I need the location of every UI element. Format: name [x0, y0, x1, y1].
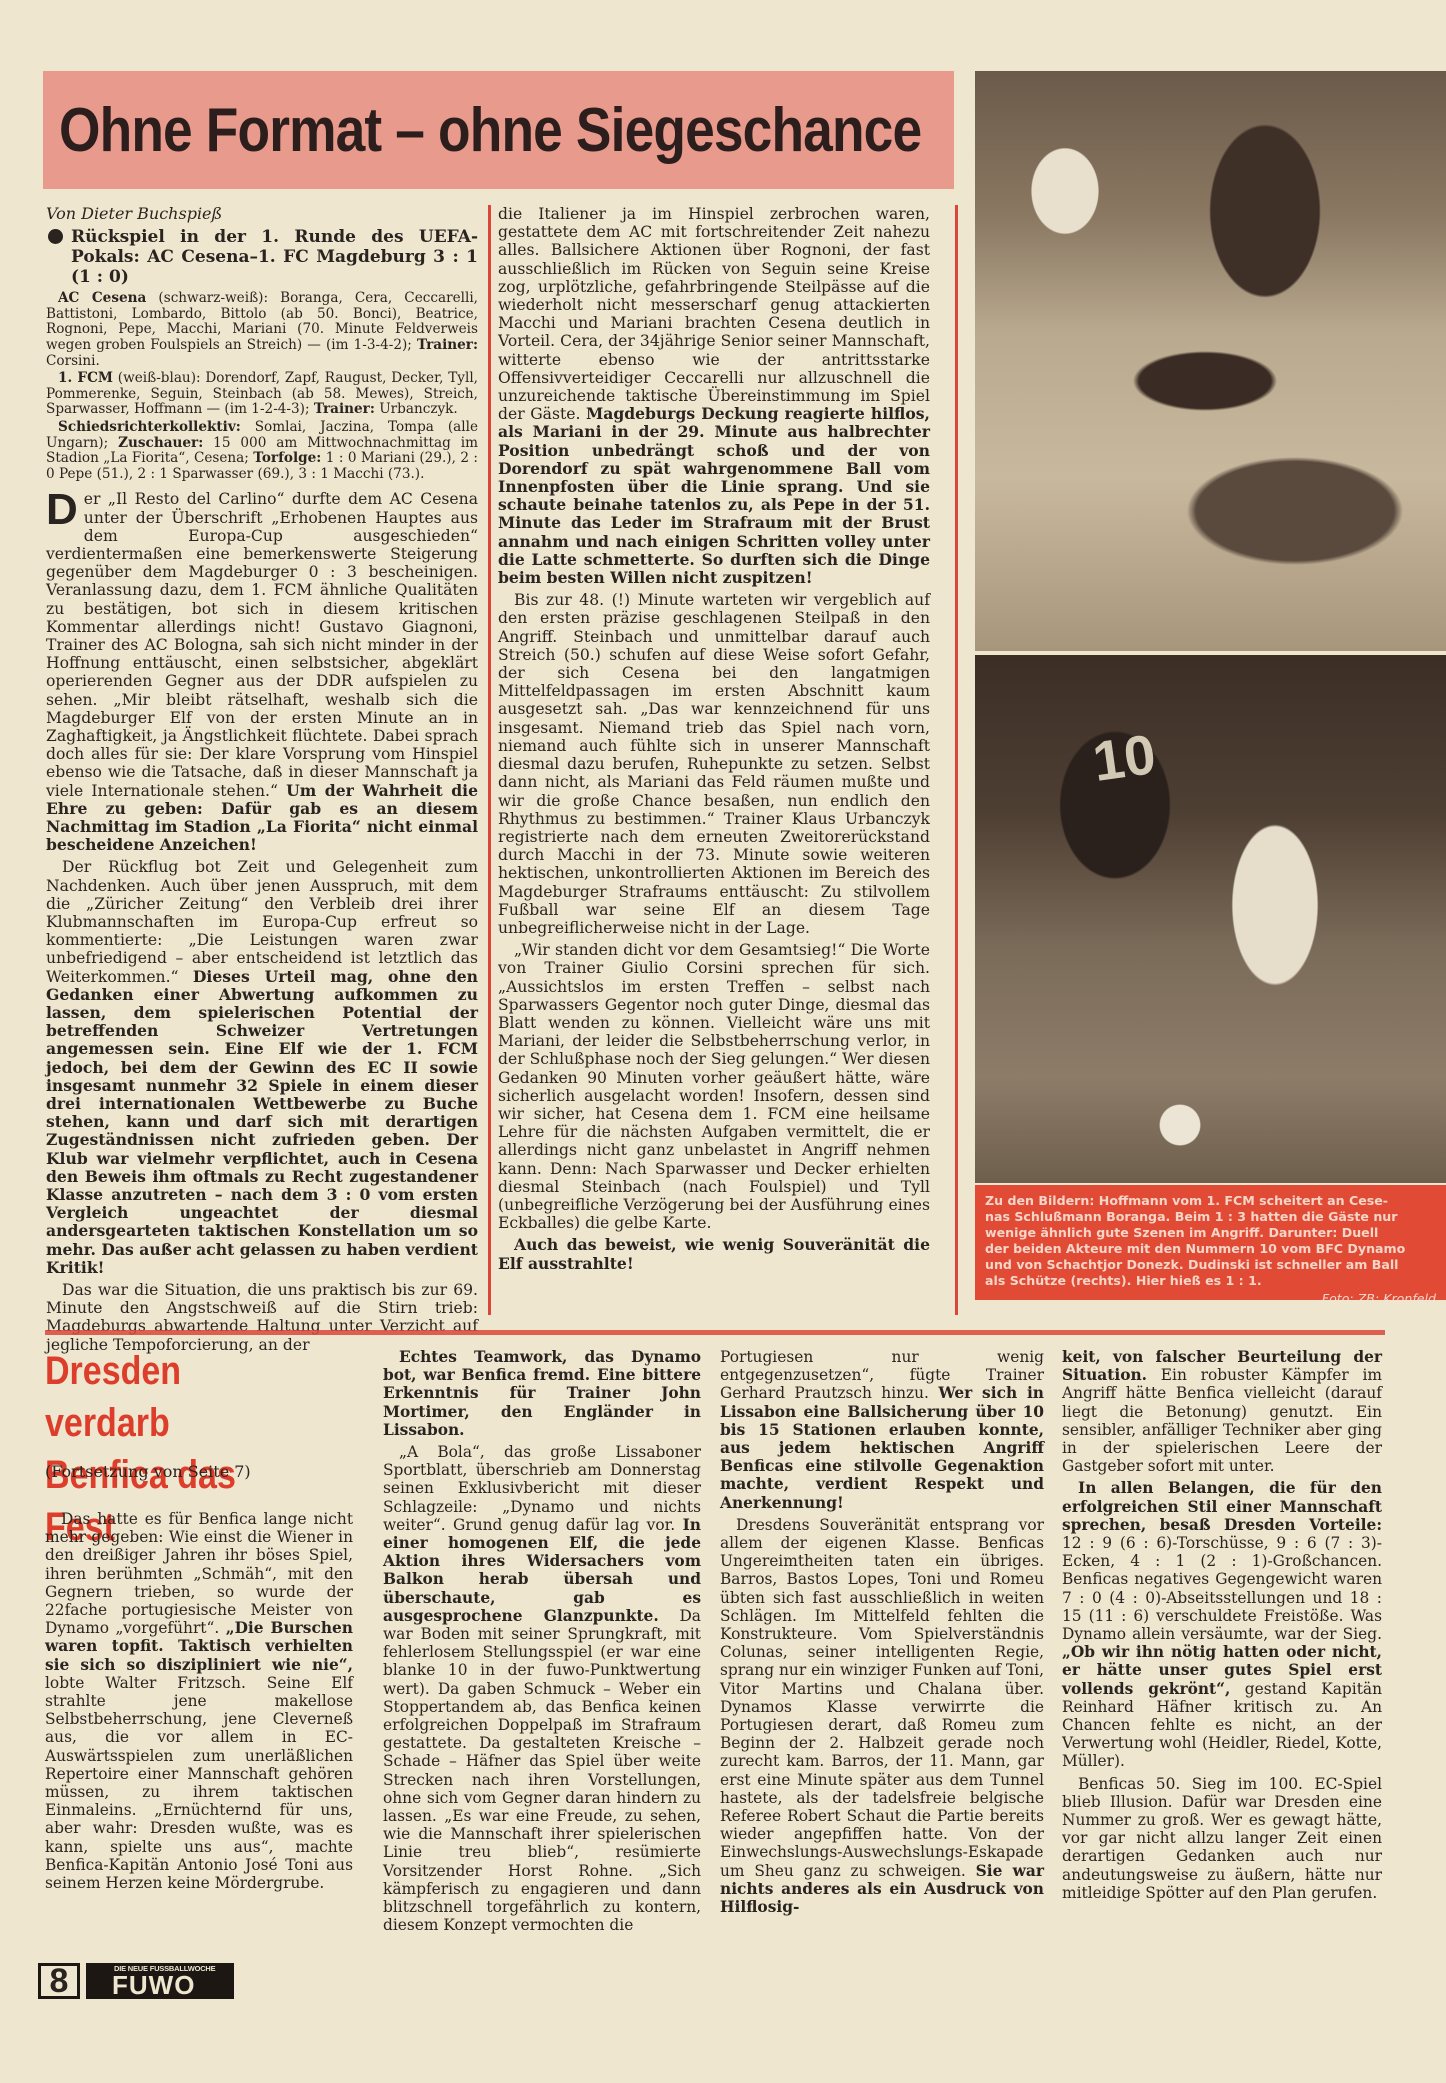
paragraph-text: Da war Boden mit seiner Sprungkraft, mit…	[383, 1607, 701, 1934]
paragraph: Benficas 50. Sieg im 100. EC-Spiel blieb…	[1062, 1775, 1382, 1902]
paragraph-bold: Magdeburgs Deckung reagierte hilflos, al…	[498, 404, 930, 587]
page-footer: 8 DIE NEUE FUSSBALLWOCHE FUWO	[38, 1963, 234, 1999]
referee-label: Schiedsrichterkollektiv:	[58, 419, 241, 435]
photo-player-duel: 10	[975, 655, 1446, 1183]
paragraph: keit, von falscher Beurteilung der Situa…	[1062, 1348, 1382, 1475]
paragraph: „A Bola“, das große Lissaboner Sportblat…	[383, 1443, 701, 1934]
lineups: AC Cesena (schwarz-weiß): Boranga, Cera,…	[46, 291, 478, 482]
caption-line: und von Schachtjor Donezk. Dudinski ist …	[985, 1257, 1436, 1273]
paragraph: Dresdens Souveränität entsprang vor alle…	[720, 1516, 1044, 1916]
match-header: Rückspiel in der 1. Runde des UEFA-Pokal…	[46, 227, 478, 287]
photo-goalkeeper-save	[975, 71, 1446, 651]
lineup-cesena: AC Cesena (schwarz-weiß): Boranga, Cera,…	[46, 291, 478, 369]
drop-cap: D	[46, 492, 78, 528]
paragraph: Das war die Situation, die uns praktisch…	[46, 1281, 478, 1354]
caption-line: Zu den Bildern: Hoffmann vom 1. FCM sche…	[985, 1193, 1436, 1209]
publication-name: FUWO	[112, 1972, 195, 1998]
paragraph: Auch das beweist, wie wenig Souveränität…	[498, 1236, 930, 1272]
paragraph-text: er „Il Resto del Carlino“ durfte dem AC …	[46, 490, 478, 799]
paragraph-text: die Italiener ja im Hinspiel zerbrochen …	[498, 205, 930, 423]
section-divider	[45, 1330, 1385, 1335]
second-article-column-1: Das hatte es für Benfica lange nicht meh…	[45, 1510, 353, 1896]
paragraph-text: lobte Walter Fritzsch. Seine Elf strahlt…	[45, 1674, 353, 1892]
byline: Von Dieter Buchspieß	[46, 205, 478, 223]
paragraph: Der „Il Resto del Carlino“ durfte dem AC…	[46, 490, 478, 854]
column-divider	[488, 205, 491, 1315]
team-label: AC Cesena	[58, 290, 146, 306]
photo-credit: Foto: ZB: Kronfeld	[985, 1291, 1436, 1300]
paragraph: „Wir standen dicht vor dem Gesamtsieg!“ …	[498, 941, 930, 1232]
team-label: 1. FCM	[58, 370, 113, 386]
article-column-2: die Italiener ja im Hinspiel zerbrochen …	[498, 205, 930, 1277]
trainer-name: Urbanczyk.	[375, 401, 458, 417]
trainer-label: Trainer:	[314, 401, 375, 417]
paragraph: Portugiesen nur wenig entgegenzusetzen“,…	[720, 1348, 1044, 1512]
headline-band: Ohne Format – ohne Siegeschance	[43, 71, 954, 189]
caption-line: der beiden Akteure mit den Nummern 10 vo…	[985, 1241, 1436, 1257]
caption-line: als Schütze (rechts). Hier hieß es 1 : 1…	[985, 1273, 1436, 1289]
continuation-note: (Fortsetzung von Seite 7)	[45, 1462, 251, 1481]
paragraph-bold: Wer sich in Lissabon eine Ballsicherung …	[720, 1384, 1044, 1511]
photo-caption: Zu den Bildern: Hoffmann vom 1. FCM sche…	[975, 1185, 1446, 1300]
goals-label: Torfolge:	[253, 450, 321, 466]
publication-logo: DIE NEUE FUSSBALLWOCHE FUWO	[86, 1963, 234, 1999]
spectators-label: Zuschauer:	[118, 435, 203, 451]
second-article-column-2: Echtes Teamwork, das Dynamo bot, war Ben…	[383, 1348, 701, 1939]
paragraph-text: „A Bola“, das große Lissaboner Sportblat…	[383, 1443, 701, 1534]
match-header-text: Rückspiel in der 1. Runde des UEFA-Pokal…	[71, 227, 478, 287]
headline-line: Dresden verdarb	[45, 1345, 300, 1449]
paragraph-bold: Auch das beweist, wie wenig Souveränität…	[498, 1235, 930, 1272]
page-number: 8	[38, 1963, 80, 1999]
paragraph-text: Das hatte es für Benfica lange nicht meh…	[45, 1510, 353, 1637]
article-column-1: Von Dieter Buchspieß Rückspiel in der 1.…	[46, 205, 478, 1358]
paragraph-bold: Dieses Urteil mag, ohne den Gedanken ein…	[46, 967, 478, 1277]
jersey-number: 10	[1089, 721, 1160, 794]
paragraph-text: Dresdens Souveränität entsprang vor alle…	[720, 1516, 1044, 1880]
trainer-name: Corsini.	[46, 353, 100, 369]
paragraph-bold: Echtes Teamwork, das Dynamo bot, war Ben…	[383, 1348, 701, 1439]
paragraph: Bis zur 48. (!) Minute warteten wir verg…	[498, 591, 930, 937]
paragraph: Echtes Teamwork, das Dynamo bot, war Ben…	[383, 1348, 701, 1439]
lineup-fcm: 1. FCM (weiß-blau): Dorendorf, Zapf, Rau…	[46, 371, 478, 418]
bullet-icon	[48, 229, 63, 244]
paragraph: In allen Belangen, die für den erfolgrei…	[1062, 1479, 1382, 1770]
column-divider	[955, 205, 958, 1315]
match-facts: Schiedsrichterkollektiv: Somlai, Jaczina…	[46, 420, 478, 482]
trainer-label: Trainer:	[417, 337, 478, 353]
main-headline: Ohne Format – ohne Siegeschance	[59, 95, 921, 166]
caption-line: wenige ähnlich gute Szenen im Angriff. D…	[985, 1225, 1436, 1241]
second-article-column-4: keit, von falscher Beurteilung der Situa…	[1062, 1348, 1382, 1906]
caption-line: nas Schlußmann Boranga. Beim 1 : 3 hatte…	[985, 1209, 1436, 1225]
second-article-column-3: Portugiesen nur wenig entgegenzusetzen“,…	[720, 1348, 1044, 1920]
newspaper-page: Ohne Format – ohne Siegeschance Von Diet…	[0, 0, 1446, 2083]
paragraph: Das hatte es für Benfica lange nicht meh…	[45, 1510, 353, 1892]
paragraph: die Italiener ja im Hinspiel zerbrochen …	[498, 205, 930, 587]
paragraph-bold: In allen Belangen, die für den erfolgrei…	[1062, 1479, 1382, 1533]
paragraph: Der Rückflug bot Zeit und Gelegenheit zu…	[46, 858, 478, 1277]
paragraph-text: 12 : 9 (6 : 6)-Torschüsse, 9 : 6 (7 : 3)…	[1062, 1534, 1382, 1643]
